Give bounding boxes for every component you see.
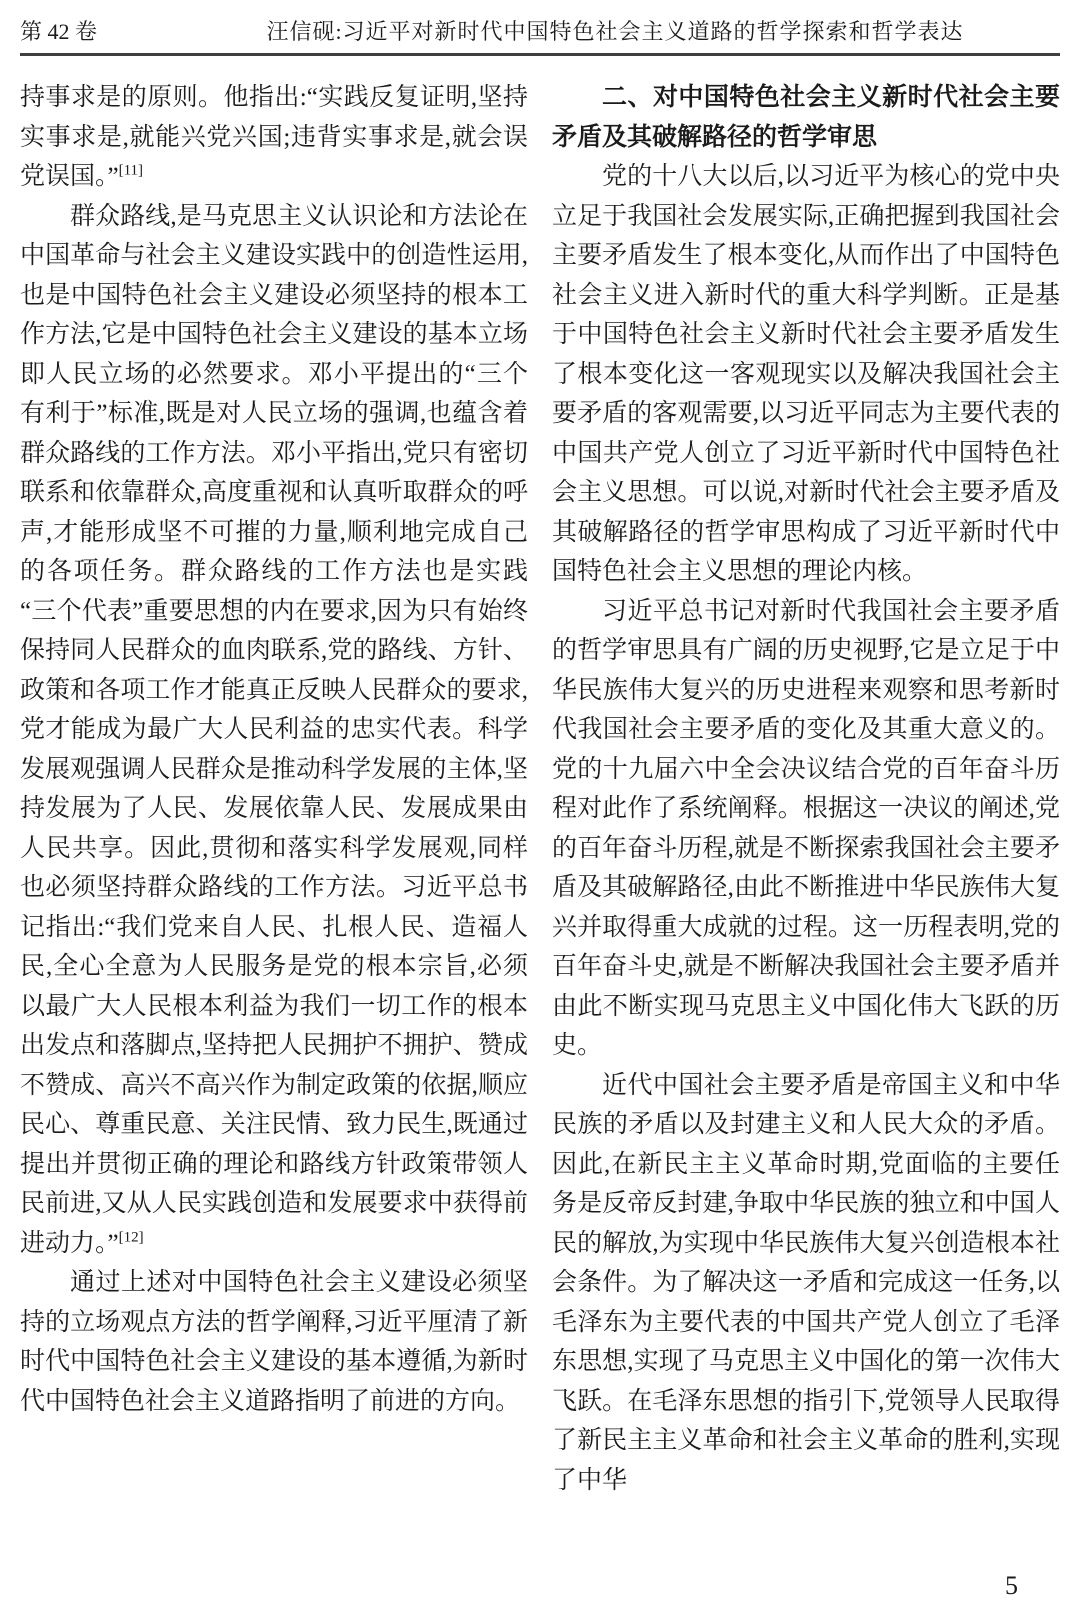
journal-page: 第 42 卷 汪信砚:习近平对新时代中国特色社会主义道路的哲学探索和哲学表达 持…: [0, 0, 1080, 1615]
citation-ref: [11]: [119, 163, 143, 179]
right-column: 二、对中国特色社会主义新时代社会主要矛盾及其破解路径的哲学审思 党的十八大以后,…: [552, 78, 1060, 1500]
paragraph: 通过上述对中国特色社会主义建设必须坚持的立场观点方法的哲学阐释,习近平厘清了新时…: [20, 1263, 528, 1421]
paragraph: 群众路线,是马克思主义认识论和方法论在中国革命与社会主义建设实践中的创造性运用,…: [20, 197, 528, 1264]
paragraph: 党的十八大以后,以习近平为核心的党中央立足于我国社会发展实际,正确把握到我国社会…: [552, 157, 1060, 592]
paragraph: 习近平总书记对新时代我国社会主要矛盾的哲学审思具有广阔的历史视野,它是立足于中华…: [552, 592, 1060, 1066]
left-column: 持事求是的原则。他指出:“实践反复证明,坚持实事求是,就能兴党兴国;违背实事求是…: [20, 78, 528, 1500]
paragraph: 近代中国社会主要矛盾是帝国主义和中华民族的矛盾以及封建主义和人民大众的矛盾。因此…: [552, 1066, 1060, 1501]
page-number: 5: [1005, 1573, 1018, 1599]
paragraph-text: 群众路线,是马克思主义认识论和方法论在中国革命与社会主义建设实践中的创造性运用,…: [20, 203, 528, 1257]
paragraph-text: 通过上述对中国特色社会主义建设必须坚持的立场观点方法的哲学阐释,习近平厘清了新时…: [20, 1269, 528, 1415]
two-column-body: 持事求是的原则。他指出:“实践反复证明,坚持实事求是,就能兴党兴国;违背实事求是…: [20, 78, 1060, 1500]
paragraph-text: 习近平总书记对新时代我国社会主要矛盾的哲学审思具有广阔的历史视野,它是立足于中华…: [552, 598, 1060, 1060]
paragraph: 持事求是的原则。他指出:“实践反复证明,坚持实事求是,就能兴党兴国;违背实事求是…: [20, 78, 528, 197]
paragraph-text: 近代中国社会主要矛盾是帝国主义和中华民族的矛盾以及封建主义和人民大众的矛盾。因此…: [552, 1072, 1060, 1494]
paragraph-text: 党的十八大以后,以习近平为核心的党中央立足于我国社会发展实际,正确把握到我国社会…: [552, 163, 1060, 585]
paragraph-text: 持事求是的原则。他指出:“实践反复证明,坚持实事求是,就能兴党兴国;违背实事求是…: [20, 84, 528, 190]
running-title: 汪信砚:习近平对新时代中国特色社会主义道路的哲学探索和哲学表达: [170, 16, 1060, 48]
citation-ref: [12]: [119, 1229, 144, 1245]
page-header: 第 42 卷 汪信砚:习近平对新时代中国特色社会主义道路的哲学探索和哲学表达: [20, 16, 1060, 48]
section-heading: 二、对中国特色社会主义新时代社会主要矛盾及其破解路径的哲学审思: [552, 78, 1060, 157]
volume-label: 第 42 卷: [20, 16, 170, 48]
header-rule: [20, 53, 1060, 56]
